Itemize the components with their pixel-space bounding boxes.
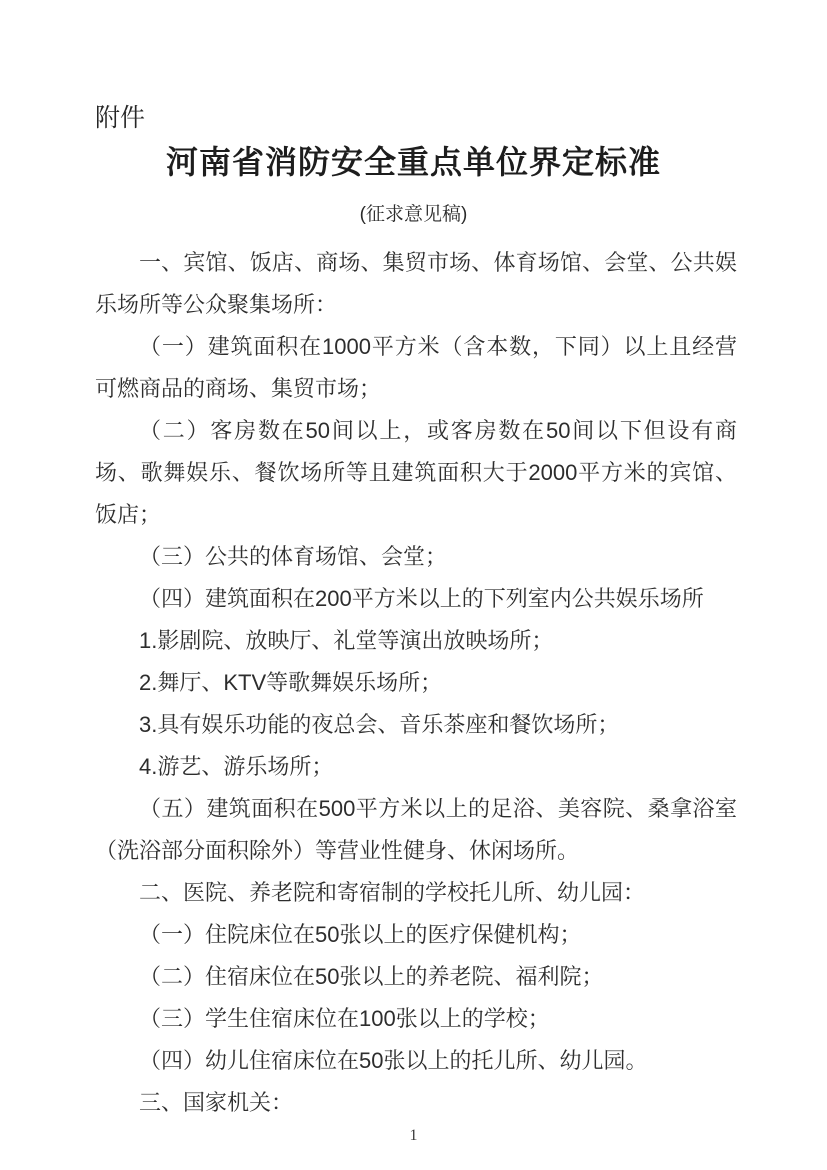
paragraph: （二）住宿床位在50张以上的养老院、福利院； <box>95 956 737 998</box>
paragraph: （二）客房数在50间以上，或客房数在50间以下但设有商场、歌舞娱乐、餐饮场所等且… <box>95 410 737 536</box>
paragraph: （三）学生住宿床位在100张以上的学校； <box>95 998 737 1040</box>
paragraph: （五）建筑面积在500平方米以上的足浴、美容院、桑拿浴室（洗浴部分面积除外）等营… <box>95 788 737 872</box>
list-item: 2.舞厅、KTV等歌舞娱乐场所； <box>95 662 737 704</box>
document-body: 一、宾馆、饭店、商场、集贸市场、体育场馆、会堂、公共娱乐场所等公众聚集场所： （… <box>95 242 737 1124</box>
document-title: 河南省消防安全重点单位界定标准 <box>0 142 827 182</box>
attachment-label: 附件 <box>95 103 827 133</box>
document-page: 附件 河南省消防安全重点单位界定标准 (征求意见稿) 一、宾馆、饭店、商场、集贸… <box>0 0 827 1170</box>
paragraph: 二、医院、养老院和寄宿制的学校托儿所、幼儿园： <box>95 872 737 914</box>
paragraph: （四）建筑面积在200平方米以上的下列室内公共娱乐场所 <box>95 578 737 620</box>
paragraph: （三）公共的体育场馆、会堂； <box>95 536 737 578</box>
list-item: 4.游艺、游乐场所； <box>95 746 737 788</box>
paragraph: 三、国家机关： <box>95 1082 737 1124</box>
paragraph: （一）住院床位在50张以上的医疗保健机构； <box>95 914 737 956</box>
page-number: 1 <box>0 1126 827 1146</box>
paragraph: （一）建筑面积在1000平方米（含本数，下同）以上且经营可燃商品的商场、集贸市场… <box>95 326 737 410</box>
list-item: 1.影剧院、放映厅、礼堂等演出放映场所； <box>95 620 737 662</box>
paragraph: 一、宾馆、饭店、商场、集贸市场、体育场馆、会堂、公共娱乐场所等公众聚集场所： <box>95 242 737 326</box>
list-item: 3.具有娱乐功能的夜总会、音乐茶座和餐饮场所； <box>95 704 737 746</box>
paragraph: （四）幼儿住宿床位在50张以上的托儿所、幼儿园。 <box>95 1040 737 1082</box>
document-subtitle: (征求意见稿) <box>0 203 827 227</box>
